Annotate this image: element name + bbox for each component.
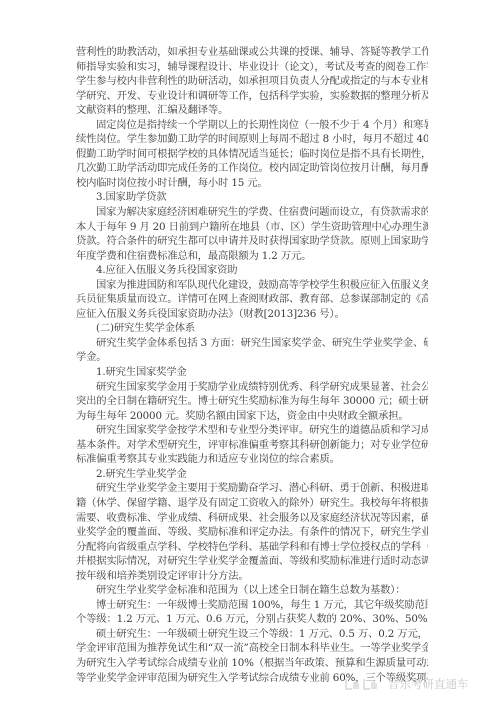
text-line: 博士研究生：一年级博士奖励范围 100%，每生 1 万元，其它年级奖励范围 70…	[76, 598, 428, 613]
text-line: 学研究、开发、专业设计和调研等工作，包括科学实验，实验数据的整理分析及报告的撰写…	[76, 89, 428, 104]
text-line: 文献资料的整理、汇编及翻译等。	[76, 103, 428, 118]
watermark: 音乐考研直通车	[344, 676, 469, 692]
text-line: 研究生国家奖学金按学术型和专业型分类评审。研究生的道德品质和学习成绩为评审的	[76, 423, 428, 438]
text-line: 研究生学业奖学金主要用于奖励勤奋学习、潜心科研、勇于创新、积极进取的全日制在	[76, 481, 428, 496]
text-line: 研究生国家奖学金用于奖励学业成绩特别优秀、科学研究成果显著、社会公益活动表现	[76, 380, 428, 395]
bilibili-logo-icon	[344, 677, 384, 691]
text-line: 并根据实际情况，对研究生学业奖学金覆盖面、等级和奖励标准进行适时动态调整。学业奖	[76, 554, 428, 569]
text-line: 应征入伍服义务兵役国家资助办法》（财教[2013]236 号）。	[76, 307, 428, 322]
text-line: 学金评审范围为推荐免试生和“双一流”高校全日制本科毕业生。一等学业奖学金评审范围	[76, 641, 428, 656]
text-line: 兵员征集质量而设立。详情可在网上查阅财政部、教育部、总参谋部制定的《高等学校学生	[76, 292, 428, 307]
watermark-text: 音乐考研直通车	[388, 676, 469, 692]
text-line: 2.研究生学业奖学金	[76, 467, 428, 482]
text-line: 硕士研究生：一年级硕士研究生设三个等级：1 万元、0.5 万、0.2 万元，特等…	[76, 627, 428, 642]
text-line: 为每生每年 20000 元。奖励名额由国家下达，资金由中央财政全额承担。	[76, 409, 428, 424]
text-line: 1.研究生国家奖学金	[76, 365, 428, 380]
text-line: 研究生学业奖学金标准和范围为（以上述全日制在籍生总数为基数）：	[76, 583, 428, 598]
text-line: 贷款。符合条件的研究生都可以申请并及时获得国家助学贷款。原则上国家助学贷款不超过	[76, 234, 428, 249]
text-line: 基本条件。对学术型研究生，评审标准偏重考察其科研创新能力；对专业学位研究生，评审	[76, 438, 428, 453]
text-line: 校内临时岗位按小时计酬，每小时 15 元。	[76, 176, 428, 191]
text-line: 假勤工助学时间可根据学校的具体情况适当延长；临时岗位是指不具有长期性，通过一次或	[76, 147, 428, 162]
text-line: 学金。	[76, 350, 428, 365]
text-line: 3.国家助学贷款	[76, 190, 428, 205]
text-line: 标准偏重考察其专业实践能力和适应专业岗位的综合素质。	[76, 452, 428, 467]
text-line: 4.应征入伍服义务兵役国家资助	[76, 263, 428, 278]
text-line: 固定岗位是指持续一个学期以上的长期性岗位（一般不少于 4 个月）和寒暑假期间的连	[76, 118, 428, 133]
text-line: 个等级：1.2 万元、1 万元、0.6 万元，分别占获奖人数的 20%、30%、…	[76, 612, 428, 627]
text-line: 年度学费和住宿费标准总和，最高限额为 1.2 万元。	[76, 249, 428, 264]
text-line: 国家为解决家庭经济困难研究生的学费、住宿费问题而设立，有贷款需求的研究生，由	[76, 205, 428, 220]
text-line: 按年级和培养类别设定评审计分方法。	[76, 569, 428, 584]
text-line: 突出的全日制在籍研究生。博士研究生奖励标准为每生每年 30000 元；硕士研究生…	[76, 394, 428, 409]
text-line: 业奖学金的覆盖面、等级、奖励标准和评定办法。有条件的情况下，研究生学业奖学金名额	[76, 525, 428, 540]
text-line: 分配将向省级重点学科、学校特色学科、基础学科和有博士学位授权点的学科（专业）倾斜…	[76, 540, 428, 555]
text-line: 师指导实验和实习，辅导课程设计、毕业设计（论文），考试及考查的阅卷工作等。助研指	[76, 60, 428, 75]
text-line: 国家为推进国防和军队现代化建设，鼓励高等学校学生积极应征入伍服义务兵役，提高	[76, 278, 428, 293]
text-line: 本人于每年 9 月 20 日前到户籍所在地县（市、区）学生资助管理中心办理生源地…	[76, 220, 428, 235]
document-page: 营利性的助教活动，如承担专业基础课或公共课的授课、辅导、答疑等教学工作以及协助教…	[76, 45, 428, 685]
text-line: 续性岗位。学生参加勤工助学的时间原则上每周不超过 8 小时，每月不超过 40 小…	[76, 132, 428, 147]
text-line: 营利性的助教活动，如承担专业基础课或公共课的授课、辅导、答疑等教学工作以及协助教	[76, 45, 428, 60]
text-line: 学生参与校内非营利性的助研活动，如承担项目负责人分配或指定的与本专业相关的各种科	[76, 74, 428, 89]
text-line: 需要、收费标准、学业成绩、科研成果、社会服务以及家庭经济状况等因素，确定研究生学	[76, 511, 428, 526]
text-line: 为研究生入学考试综合成绩专业前 10%（根据当年政策、预算和生源质量可动态调整）…	[76, 656, 428, 671]
text-line: (二)研究生奖学金体系	[76, 321, 428, 336]
text-line: 研究生奖学金体系包括 3 方面：研究生国家奖学金、研究生学业奖学金、研究生专项奖	[76, 336, 428, 351]
text-line: 籍（休学、保留学籍、退学及有固定工资收入的除外）研究生。我校每年将根据研究生招生	[76, 496, 428, 511]
text-line: 几次勤工助学活动即完成任务的工作岗位。校内固定助管岗位按月计酬，每月酬金 600…	[76, 161, 428, 176]
